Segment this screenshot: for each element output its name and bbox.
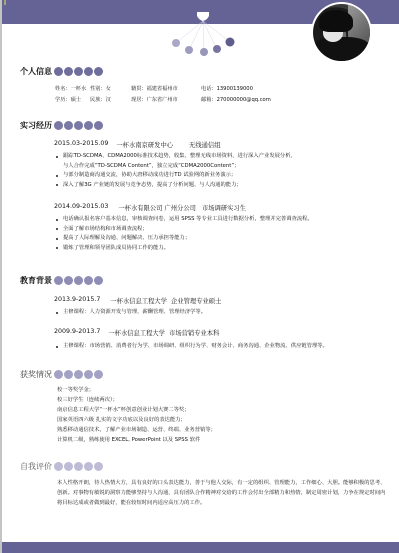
section-dots — [54, 121, 103, 130]
decorative-dot-icon — [64, 462, 73, 471]
decorative-dot-icon — [84, 67, 93, 76]
bullet-item: 深入了解3G 产业链的发展与竞争态势，提高了分析问题、与人沟通的能力； — [54, 181, 296, 191]
entry-header: 2015.03-2015.09 一杯水南京研发中心 无线通信组 — [54, 140, 296, 149]
decorative-dot-icon — [74, 462, 83, 471]
entry-header: 2014.09-2015.03 一杯水有限公司 广州分公司 市场调研实习生 — [54, 203, 313, 212]
field-name: 姓名：一杯水 — [55, 85, 90, 92]
entry-period: 2015.03-2015.09 — [54, 140, 108, 149]
field-degree: 学历：硕士 — [55, 96, 90, 103]
field-residence: 现居：广东省广州市 — [131, 96, 201, 103]
decorative-dot-icon — [54, 67, 63, 76]
field-gender: 性别：女 — [90, 85, 131, 92]
bullet-item: 电话确认报名客户基本信息，审核调查问卷，运用 SPSS 等专业工具进行数据分析，… — [54, 215, 313, 225]
section-dots — [54, 462, 103, 471]
decorative-dot-icon — [64, 67, 73, 76]
award-item: 熟悉移动通信技术，了解产业市场制造、运营、终端、业务营销等； — [57, 425, 216, 435]
entry-role: 市场调研实习生 — [202, 203, 246, 212]
section-education: 教育背景 — [20, 275, 103, 286]
bullet-item: 锻炼了管理和领导团队成员协同工作的能力。 — [54, 244, 313, 254]
decorative-dot-icon — [54, 276, 63, 285]
section-dots — [54, 276, 103, 285]
decorative-dot-icon — [64, 121, 73, 130]
decorative-dot-icon — [74, 276, 83, 285]
entry-header: 2009.9-2013.7 一杯水信息工程大学 市场营销专业本科 — [54, 328, 328, 337]
entry-major: 企业管理专业硕士 — [171, 296, 221, 305]
award-item: 国家英语四六级 扎实的文字功底以及良好的表达能力； — [57, 415, 216, 425]
section-dots — [54, 370, 103, 379]
entry-org: 一杯水有限公司 广州分公司 — [118, 203, 196, 212]
awards-list: 校一等奖学金；校三好学生（连续两次）；南京信息工程大学“一杯水”杯创意创业计划大… — [57, 385, 216, 445]
decorative-dot-icon — [74, 121, 83, 130]
section-self-evaluation: 自我评价 — [20, 461, 103, 472]
decorative-dot-icon — [84, 370, 93, 379]
entry-period: 2013.9-2015.7 — [54, 296, 100, 305]
decorative-dot-icon — [74, 67, 83, 76]
entry-header: 2013.9-2015.7 一杯水信息工程大学 企业管理专业硕士 — [54, 296, 221, 305]
award-item: 计算机二级，熟练使用 EXCEL, PowerPoint 以及 SPSS 软件 — [57, 435, 216, 445]
entry-bullets: 电话确认报名客户基本信息，审核调查问卷，运用 SPSS 等专业工具进行数据分析，… — [54, 215, 313, 253]
award-item: 校一等奖学金； — [57, 385, 216, 395]
entry-period: 2014.09-2015.03 — [54, 203, 108, 212]
avatar — [311, 2, 372, 63]
section-title: 自我评价 — [20, 461, 52, 472]
entry-period: 2009.9-2013.7 — [54, 328, 100, 337]
decorative-dot-icon — [54, 462, 63, 471]
section-awards: 获奖情况 — [20, 369, 103, 380]
decorative-dot-icon — [54, 121, 63, 130]
entry-role: 无线通信组 — [189, 140, 220, 149]
section-title: 实习经历 — [20, 120, 52, 131]
decorative-dot-icon — [64, 276, 73, 285]
award-item: 南京信息工程大学“一杯水”杯创意创业计划大赛二等奖； — [57, 405, 216, 415]
field-email[interactable]: 邮箱：270000000@qq.com — [201, 96, 271, 103]
entry-major: 市场营销专业本科 — [169, 328, 219, 337]
entry-school: 一杯水信息工程大学 — [110, 296, 167, 305]
entry-bullets: 主修课程：人力资源开发与管理、薪酬管理、管理经济学等。 — [54, 308, 221, 318]
section-internship: 实习经历 — [20, 120, 103, 131]
internship-entry-1: 2015.03-2015.09 一杯水南京研发中心 无线通信组 跟踪TD-SCD… — [54, 140, 296, 190]
bullet-item: 跟踪TD-SCDMA、CDMA2000标准技术趋势，收集、整理无线市场资料，进行… — [54, 152, 296, 171]
corner-marker — [4, 0, 6, 5]
field-phone: 电话：13900139000 — [201, 85, 253, 92]
resume-page: 个人信息 姓名：一杯水 性别：女 籍贯：福建省福州市 电话：1390013900… — [2, 0, 399, 553]
entry-school: 一杯水信息工程大学 — [108, 328, 165, 337]
internship-entry-2: 2014.09-2015.03 一杯水有限公司 广州分公司 市场调研实习生 电话… — [54, 203, 313, 253]
courses: 主修课程：人力资源开发与管理、薪酬管理、管理经济学等。 — [54, 308, 221, 318]
courses: 主修课程：市场营销、消费者行为学、市场调研、组织行为学、财务会计、商务沟通、企业… — [54, 342, 328, 352]
education-entry-2: 2009.9-2013.7 一杯水信息工程大学 市场营销专业本科 主修课程：市场… — [54, 328, 328, 352]
profile-photo — [313, 4, 370, 61]
education-entry-1: 2013.9-2015.7 一杯水信息工程大学 企业管理专业硕士 主修课程：人力… — [54, 296, 221, 318]
field-hometown: 籍贯：福建省福州市 — [131, 85, 201, 92]
bullet-item: 全面了解市场结构和市场调查流程； — [54, 225, 313, 235]
decorative-dot-icon — [94, 462, 103, 471]
decorative-dot-icon — [94, 67, 103, 76]
decorative-dot-icon — [74, 370, 83, 379]
decorative-dot-icon — [54, 370, 63, 379]
personal-info-grid: 姓名：一杯水 性别：女 籍贯：福建省福州市 电话：13900139000 学历：… — [55, 83, 271, 105]
self-evaluation-text: 本人性格开朗，待人热情大方，具有良好的口头表达能力，善于与他人交际，有一定的组织… — [57, 478, 387, 508]
section-title: 获奖情况 — [20, 369, 52, 380]
decorative-dot-icon — [64, 370, 73, 379]
section-title: 个人信息 — [20, 66, 52, 77]
decorative-dot-icon — [94, 121, 103, 130]
section-dots — [54, 67, 103, 76]
bullet-item: 与部分制造商沟通交流，协助大唐移动成功进行TD 试验网的新业务演示； — [54, 171, 296, 181]
decorative-dot-icon — [84, 121, 93, 130]
section-personal-info: 个人信息 — [20, 66, 103, 77]
field-ethnicity: 民族：汉 — [90, 96, 131, 103]
entry-bullets: 跟踪TD-SCDMA、CDMA2000标准技术趋势，收集、整理无线市场资料，进行… — [54, 152, 296, 190]
decorative-dot-icon — [84, 462, 93, 471]
decorative-dot-icon — [94, 276, 103, 285]
decorative-dot-icon — [84, 276, 93, 285]
hanging-lamp-decoration — [162, 10, 242, 60]
award-item: 校三好学生（连续两次）； — [57, 395, 216, 405]
decorative-dot-icon — [94, 370, 103, 379]
section-title: 教育背景 — [20, 275, 52, 286]
footer-bar — [2, 542, 399, 553]
entry-org: 一杯水南京研发中心 — [116, 140, 173, 149]
bullet-item: 提高了人际理解及沟通、问题解决、压力承担等能力； — [54, 234, 313, 244]
entry-bullets: 主修课程：市场营销、消费者行为学、市场调研、组织行为学、财务会计、商务沟通、企业… — [54, 342, 328, 352]
